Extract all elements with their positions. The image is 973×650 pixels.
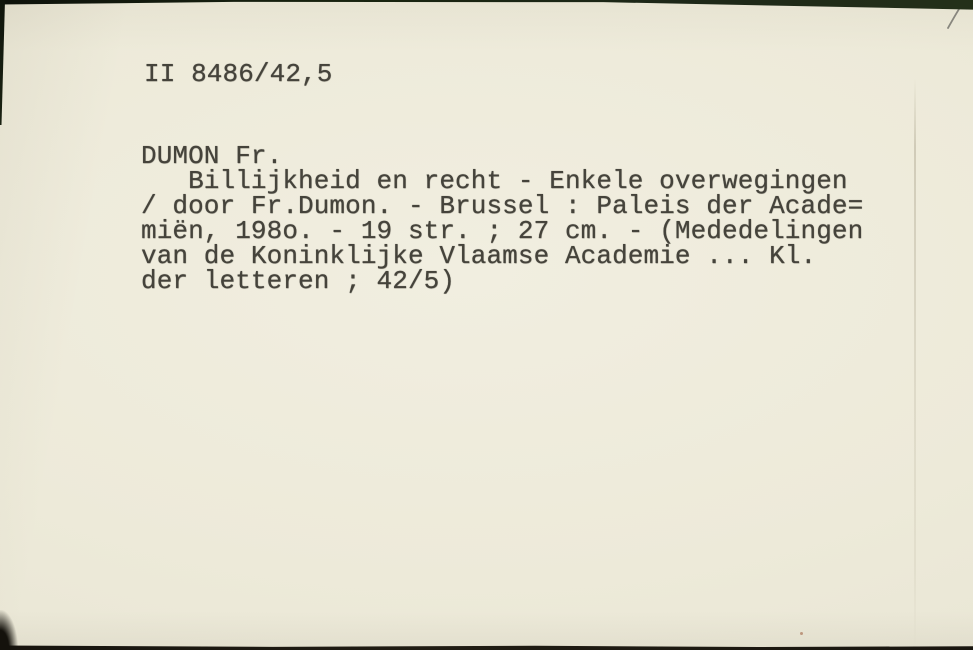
card-crease: [914, 78, 916, 650]
pencil-slash-mark-icon: [946, 2, 966, 30]
catalog-card: II 8486/42,5 DUMON Fr. Billijkheid en re…: [0, 0, 973, 650]
catalog-entry-text: DUMON Fr. Billijkheid en recht - Enkele …: [141, 144, 863, 294]
call-number: II 8486/42,5: [144, 62, 332, 87]
entry-line: der letteren ; 42/5): [141, 269, 863, 294]
photo-backdrop: II 8486/42,5 DUMON Fr. Billijkheid en re…: [0, 0, 973, 650]
paper-speck: [800, 632, 803, 635]
